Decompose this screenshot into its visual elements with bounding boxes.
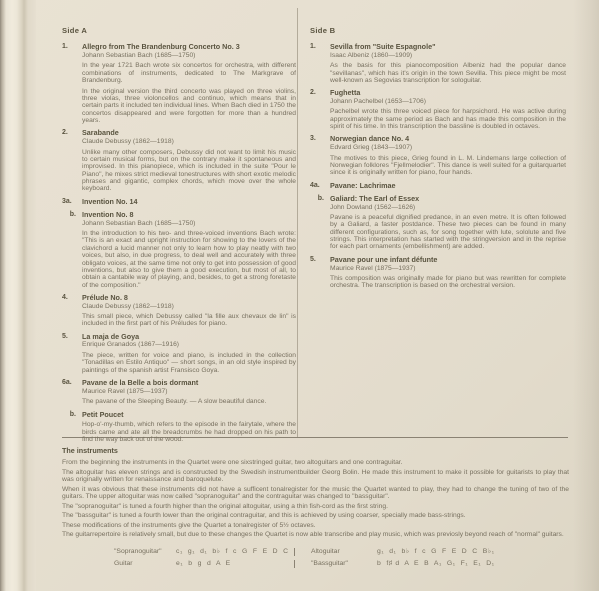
track-number: b. [62, 211, 82, 289]
track-title: Pavane pour une infant défunte [330, 256, 566, 264]
instruments-paragraph: From the beginning the instruments in th… [62, 459, 569, 467]
track-composer: Enrique Granados (1867—1916) [82, 341, 296, 349]
track-a5: 5. La maja de Goya Enrique Granados (186… [62, 333, 296, 374]
track-number: 4a. [310, 182, 330, 190]
track-title: Norwegian dance No. 4 [330, 135, 566, 143]
track-number: b. [310, 195, 330, 251]
track-number: b. [62, 411, 82, 444]
track-description: Pavane is a peaceful dignified predance,… [330, 214, 566, 251]
track-composer: Maurice Ravel (1875—1937) [82, 388, 296, 396]
side-b-header: Side B [310, 26, 566, 35]
track-description: In the introduction to his two- and thre… [82, 230, 296, 289]
tuning-notes-bassguitar: b f♯ d A E B A₁ G₁ F₁ E₁ D₁ [377, 560, 569, 568]
tuning-notes-sopranoguitar: c₁ g₁ d₁ b♭ f c G F E D C [176, 548, 294, 556]
track-title: Pavane: Lachrimae [330, 182, 566, 190]
track-title: Invention No. 14 [82, 198, 296, 206]
album-back-cover: Side A 1. Allegro from The Brandenburg C… [0, 0, 599, 591]
track-composer: John Dowland (1562—1626) [330, 204, 566, 212]
track-b3: 3. Norwegian dance No. 4 Edvard Grieg (1… [310, 135, 566, 176]
column-divider-line [297, 8, 298, 437]
track-title: Galiard: The Earl of Essex [330, 195, 566, 203]
instruments-section: The instruments From the beginning the i… [62, 446, 569, 541]
track-number: 6a. [62, 379, 82, 406]
tuning-label-bassguitar: "Bassguitar" [311, 560, 377, 568]
tuning-table: "Sopranoguitar" c₁ g₁ d₁ b♭ f c G F E D … [114, 548, 569, 572]
track-description: As the basis for this pianocomposition A… [330, 62, 566, 84]
track-b4a: 4a. Pavane: Lachrimae [310, 182, 566, 190]
instruments-paragraph: When it was obvious that these instrumen… [62, 486, 569, 501]
track-description: The motives to this piece, Grieg found i… [330, 155, 566, 177]
track-number: 3a. [62, 198, 82, 206]
right-edge-shadow [573, 0, 599, 591]
track-composer: Claude Debussy (1862—1918) [82, 303, 296, 311]
track-b1: 1. Sevilla from "Suite Espagnole" Isaac … [310, 43, 566, 84]
tuning-notes-altoguitar: g₁ d₁ b♭ f c G F E D C B♭₁ [377, 548, 569, 556]
instruments-paragraph: The "bassguitar" is tuned a fourth lower… [62, 512, 569, 520]
instruments-paragraph: The guitarrepertoire is relatively small… [62, 531, 569, 539]
track-number: 2. [310, 89, 330, 130]
track-composer: Maurice Ravel (1875—1937) [330, 265, 566, 273]
tuning-label-altoguitar: Altoguitar [311, 548, 377, 556]
instruments-heading: The instruments [62, 446, 569, 455]
track-number: 1. [310, 43, 330, 84]
tuning-group-right: Altoguitar g₁ d₁ b♭ f c G F E D C B♭₁ [294, 548, 569, 556]
track-title: Fughetta [330, 89, 566, 97]
track-a3a: 3a. Invention No. 14 [62, 198, 296, 206]
track-description: In the year 1721 Bach wrote six concerto… [82, 62, 296, 84]
tuning-label-guitar: Guitar [114, 560, 176, 568]
track-title: Invention No. 8 [82, 211, 296, 219]
track-b5: 5. Pavane pour une infant défunte Mauric… [310, 256, 566, 290]
track-title: La maja de Goya [82, 333, 296, 341]
track-description: The piece, written for voice and piano, … [82, 352, 296, 374]
track-a6a: 6a. Pavane de la Belle a bois dormant Ma… [62, 379, 296, 406]
track-a2: 2. Sarabande Claude Debussy (1862—1918) … [62, 129, 296, 192]
side-a-column: Side A 1. Allegro from The Brandenburg C… [62, 26, 296, 448]
track-title: Prélude No. 8 [82, 294, 296, 302]
track-title: Pavane de la Belle a bois dormant [82, 379, 296, 387]
track-b2: 2. Fughetta Johann Pachelbel (1653—1706)… [310, 89, 566, 130]
track-title: Allegro from The Brandenburg Concerto No… [82, 43, 296, 51]
track-description: Hop-o'-my-thumb, which refers to the epi… [82, 421, 296, 443]
track-composer: Claude Debussy (1862—1918) [82, 138, 296, 146]
track-composer: Johann Pachelbel (1653—1706) [330, 98, 566, 106]
track-number: 4. [62, 294, 82, 328]
track-description: The pavane of the Sleeping Beauty. — A s… [82, 398, 296, 405]
tuning-notes-guitar: e₁ b g d A E [176, 560, 294, 568]
track-number: 2. [62, 129, 82, 192]
track-description: This composition was originally made for… [330, 275, 566, 290]
track-title: Sevilla from "Suite Espagnole" [330, 43, 566, 51]
track-title: Sarabande [82, 129, 296, 137]
instruments-paragraph: The "sopranoguitar" is tuned a fourth hi… [62, 503, 569, 511]
track-composer: Edvard Grieg (1843—1907) [330, 144, 566, 152]
track-a3b: b. Invention No. 8 Johann Sebastian Bach… [62, 211, 296, 289]
track-title: Petit Poucet [82, 411, 296, 419]
tuning-label-sopranoguitar: "Sopranoguitar" [114, 548, 176, 556]
instruments-paragraph: These modifications of the instruments g… [62, 522, 569, 530]
track-description: Unlike many other composers, Debussy did… [82, 149, 296, 193]
tuning-row: Guitar e₁ b g d A E "Bassguitar" b f♯ d … [114, 560, 569, 568]
track-a6b: b. Petit Poucet Hop-o'-my-thumb, which r… [62, 411, 296, 444]
track-a4: 4. Prélude No. 8 Claude Debussy (1862—19… [62, 294, 296, 328]
track-composer: Johann Sebastian Bach (1685—1750) [82, 52, 296, 60]
tuning-row: "Sopranoguitar" c₁ g₁ d₁ b♭ f c G F E D … [114, 548, 569, 556]
sleeve-spine-fold [0, 0, 36, 591]
track-composer: Isaac Albeniz (1860—1909) [330, 52, 566, 60]
side-a-header: Side A [62, 26, 296, 35]
track-description: In the original version the third concer… [82, 88, 296, 125]
track-a1: 1. Allegro from The Brandenburg Concerto… [62, 43, 296, 124]
side-b-column: Side B 1. Sevilla from "Suite Espagnole"… [310, 26, 566, 295]
track-number: 5. [62, 333, 82, 374]
track-number: 1. [62, 43, 82, 124]
track-b4b: b. Galiard: The Earl of Essex John Dowla… [310, 195, 566, 251]
track-number: 3. [310, 135, 330, 176]
track-description: Pachelbel wrote this three voiced piece … [330, 108, 566, 130]
track-number: 5. [310, 256, 330, 290]
track-composer: Johann Sebastian Bach (1685—1750) [82, 220, 296, 228]
instruments-paragraph: The altoguitar has eleven strings and is… [62, 469, 569, 484]
track-description: This small piece, which Debussy called "… [82, 313, 296, 328]
tuning-group-right: "Bassguitar" b f♯ d A E B A₁ G₁ F₁ E₁ D₁ [294, 560, 569, 568]
